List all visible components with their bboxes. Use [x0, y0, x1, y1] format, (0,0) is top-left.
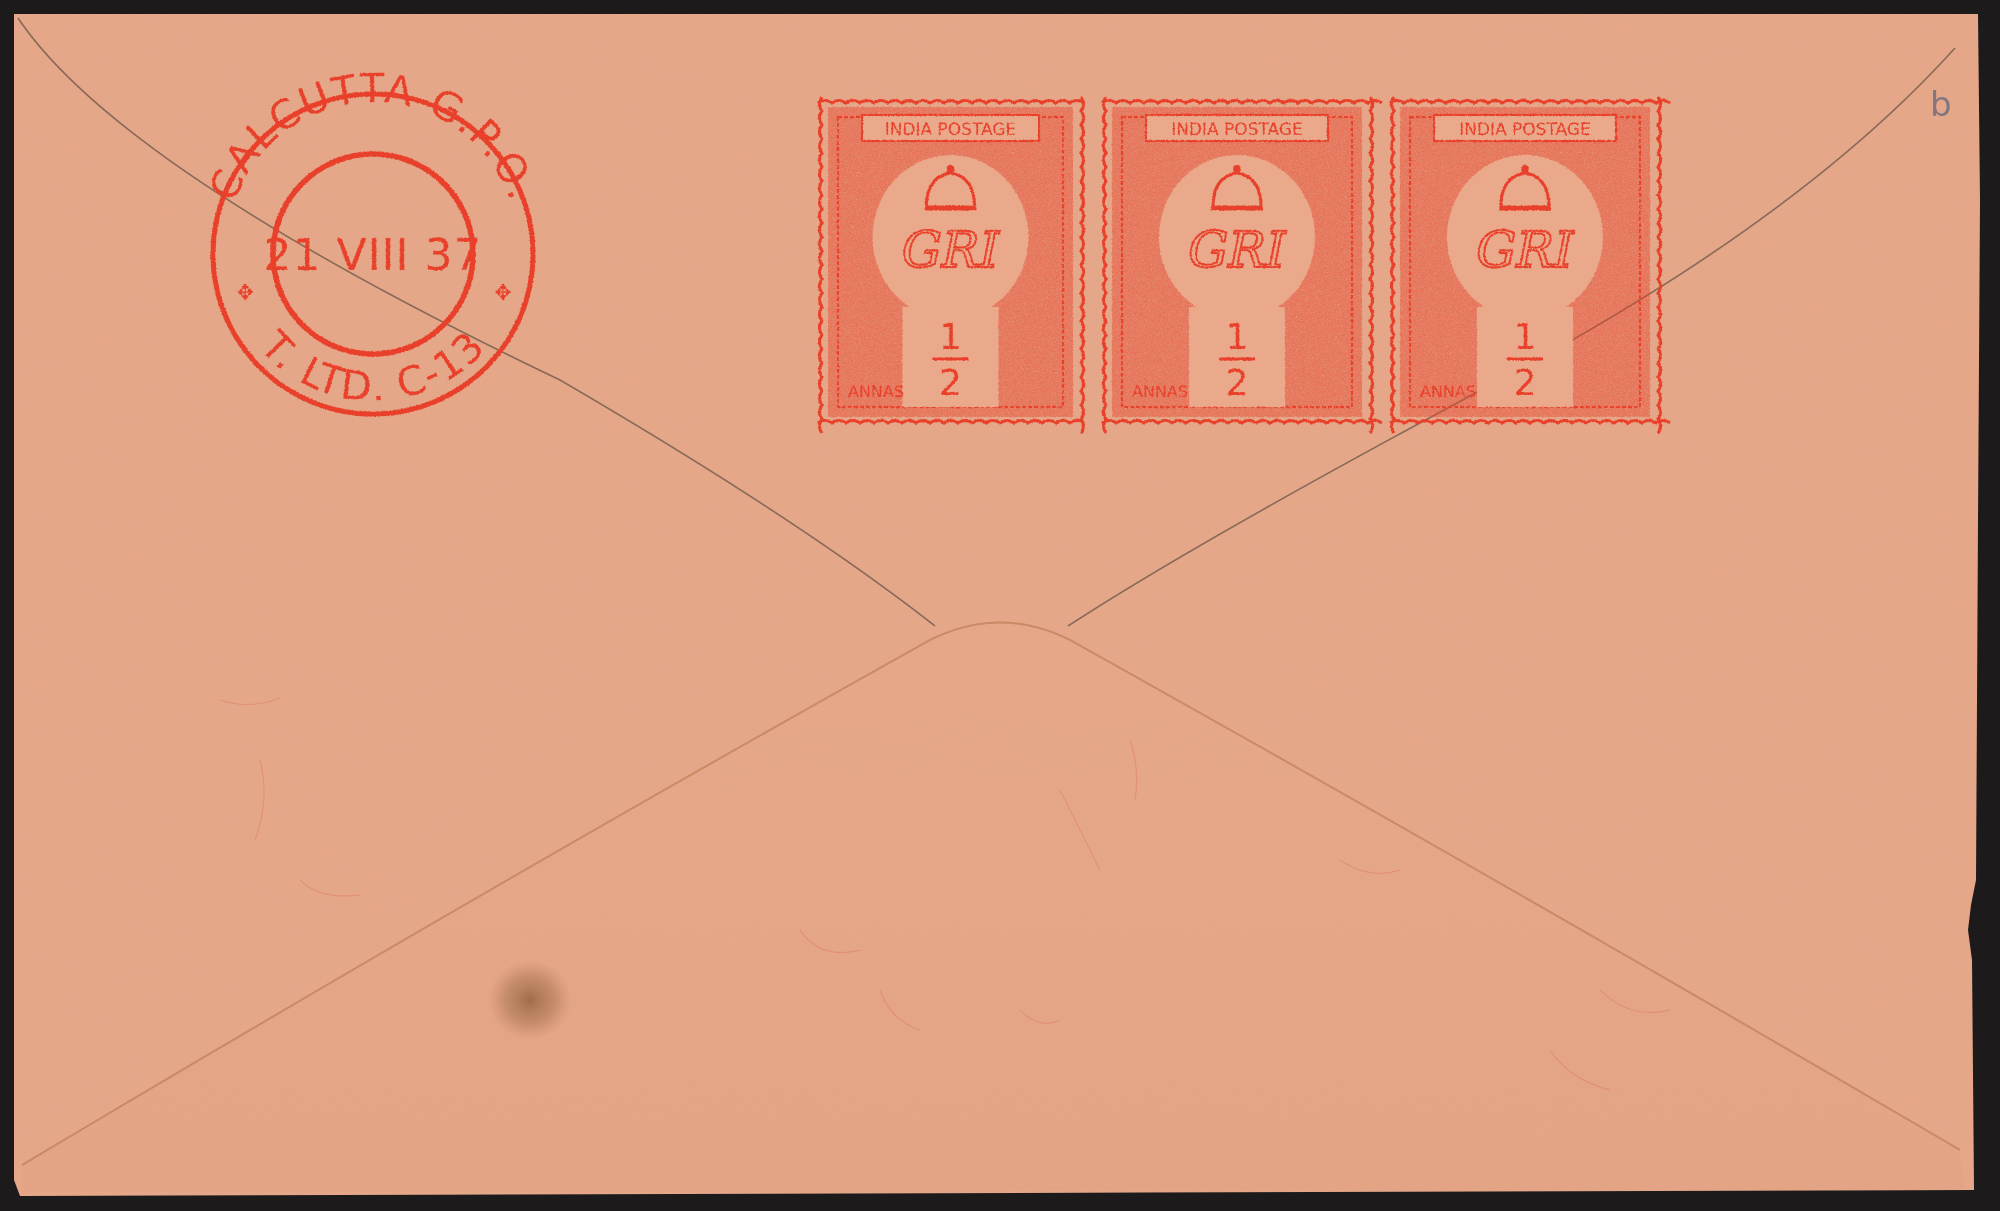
- stamp-cipher: GRI: [902, 221, 1001, 279]
- stamp-header: INDIA POSTAGE: [885, 120, 1017, 140]
- stamp-value-numerator: 1: [1514, 317, 1537, 358]
- postmark-date: 21 VIII 37: [264, 230, 483, 281]
- meter-stamp: INDIA POSTAGEGRI12ANNAS: [1390, 97, 1670, 433]
- stamp-header: INDIA POSTAGE: [1459, 120, 1591, 140]
- stamp-header: INDIA POSTAGE: [1171, 120, 1303, 140]
- stamp-value-denominator: 2: [1514, 363, 1537, 404]
- stamp-cipher: GRI: [1188, 221, 1287, 279]
- stamp-value-denominator: 2: [1226, 363, 1249, 404]
- postmark-ornament-right: ✥: [495, 281, 512, 306]
- stamp-value-denominator: 2: [939, 363, 962, 404]
- envelope-scene: CALCUTTA G.P.O. T. LTD. C-13 21 VIII 37 …: [0, 0, 2000, 1211]
- stamp-value-numerator: 1: [1226, 317, 1249, 358]
- stamp-currency: ANNAS: [848, 382, 904, 401]
- stamp-value-numerator: 1: [939, 317, 962, 358]
- stamp-currency: ANNAS: [1132, 382, 1188, 401]
- meter-stamps-strip: INDIA POSTAGEGRI12ANNASINDIA POSTAGEGRI1…: [818, 97, 1670, 433]
- stamp-cipher: GRI: [1476, 221, 1575, 279]
- meter-stamp: INDIA POSTAGEGRI12ANNAS: [818, 97, 1084, 433]
- stamp-currency: ANNAS: [1420, 382, 1476, 401]
- envelope-illustration: CALCUTTA G.P.O. T. LTD. C-13 21 VIII 37 …: [0, 0, 2000, 1211]
- brown-stain: [488, 960, 572, 1040]
- postmark-ornament-left: ✥: [237, 281, 254, 306]
- pencil-mark: b: [1930, 85, 1952, 125]
- meter-stamp: INDIA POSTAGEGRI12ANNAS: [1102, 97, 1382, 433]
